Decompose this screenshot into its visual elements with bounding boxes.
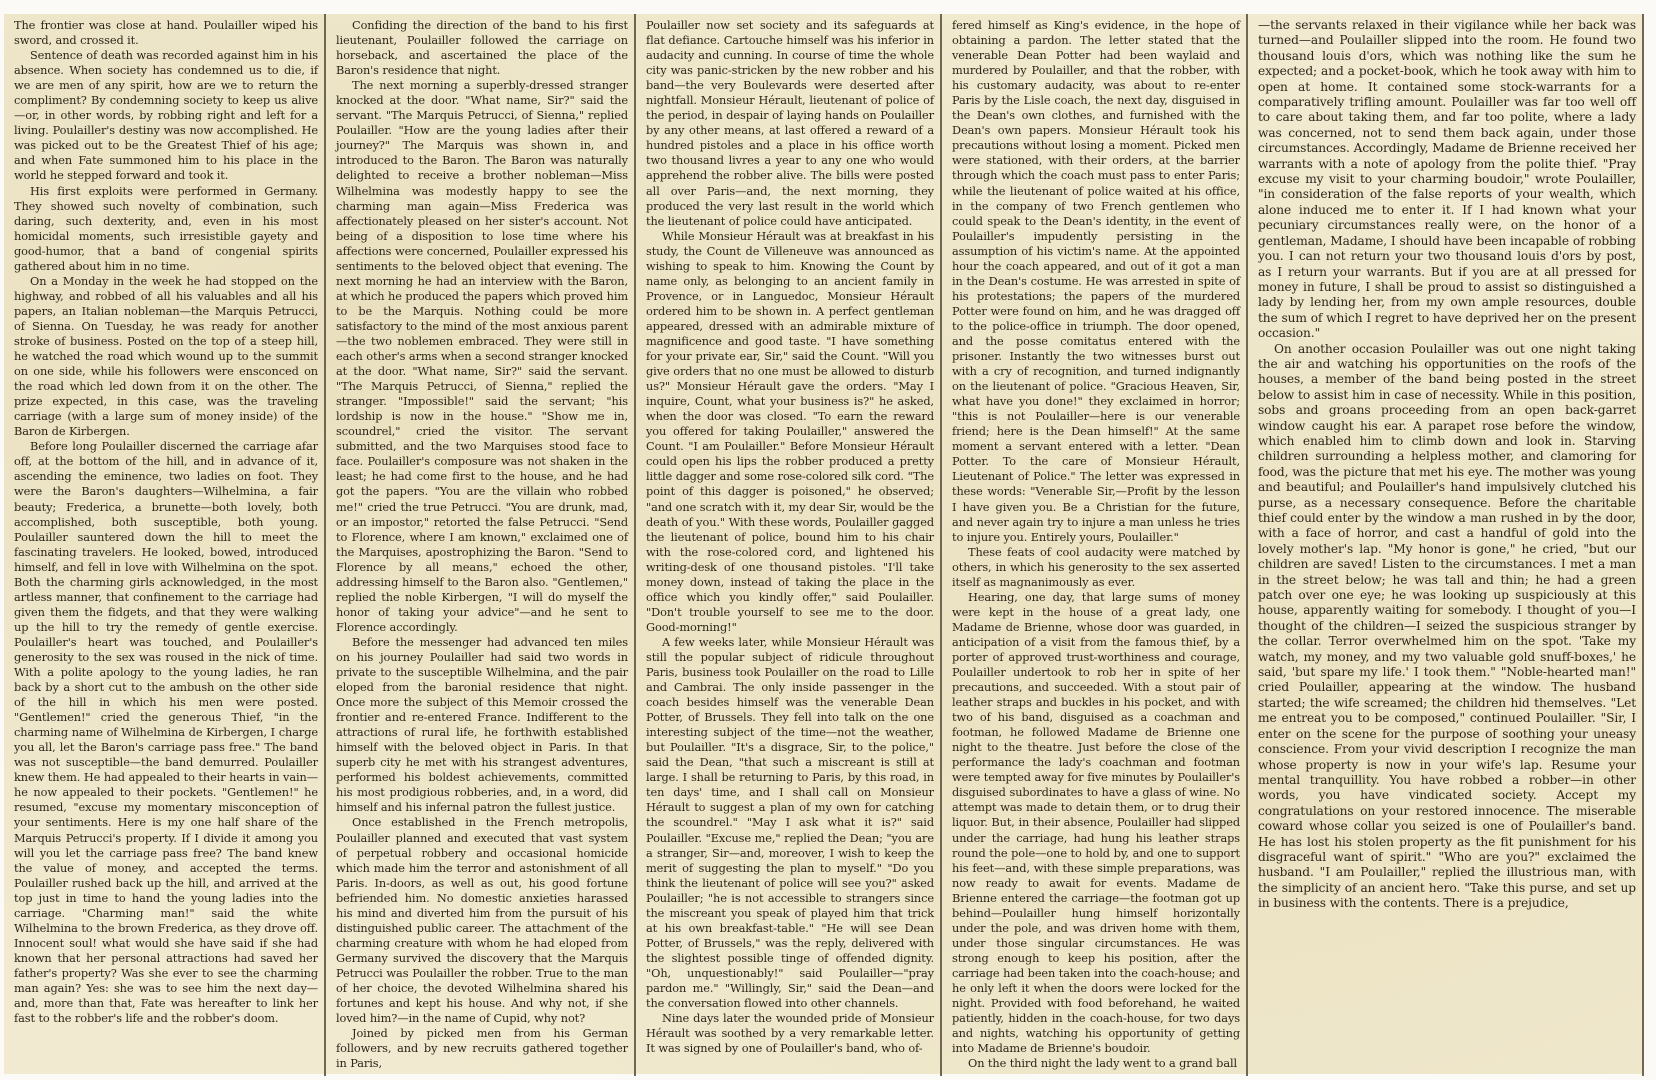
article-paragraph: A few weeks later, while Monsieur Héraul… xyxy=(646,635,934,1011)
article-paragraph: While Monsieur Hérault was at breakfast … xyxy=(646,229,934,635)
article-columns: The frontier was close at hand. Poulaill… xyxy=(4,14,1644,1074)
article-paragraph: Poulailler now set society and its safeg… xyxy=(646,18,934,229)
article-paragraph: Nine days later the wounded pride of Mon… xyxy=(646,1011,934,1056)
column-2: Confiding the direction of the band to h… xyxy=(324,14,634,1076)
article-paragraph: Sentence of death was recorded against h… xyxy=(14,48,318,183)
article-paragraph: These feats of cool audacity were matche… xyxy=(952,545,1240,590)
column-5: —the servants relaxed in their vigilance… xyxy=(1246,14,1644,1076)
column-4: fered himself as King's evidence, in the… xyxy=(940,14,1246,1076)
article-paragraph: —the servants relaxed in their vigilance… xyxy=(1258,18,1636,342)
article-paragraph: Confiding the direction of the band to h… xyxy=(336,18,628,78)
article-paragraph: On a Monday in the week he had stopped o… xyxy=(14,274,318,440)
article-paragraph: Once established in the French metropoli… xyxy=(336,815,628,1026)
article-paragraph: On another occasion Poulailler was out o… xyxy=(1258,342,1636,912)
article-paragraph: Joined by picked men from his German fol… xyxy=(336,1026,628,1071)
article-paragraph: Hearing, one day, that large sums of mon… xyxy=(952,590,1240,1056)
article-paragraph: Before long Poulailler discerned the car… xyxy=(14,439,318,1026)
article-paragraph: His first exploits were performed in Ger… xyxy=(14,184,318,274)
article-paragraph: The next morning a superbly-dressed stra… xyxy=(336,78,628,635)
article-paragraph: The frontier was close at hand. Poulaill… xyxy=(14,18,318,48)
column-3: Poulailler now set society and its safeg… xyxy=(634,14,940,1076)
article-paragraph: On the third night the lady went to a gr… xyxy=(952,1056,1240,1071)
article-paragraph: Before the messenger had advanced ten mi… xyxy=(336,635,628,816)
article-paragraph: fered himself as King's evidence, in the… xyxy=(952,18,1240,545)
column-1: The frontier was close at hand. Poulaill… xyxy=(4,14,324,1076)
newspaper-clipping: The frontier was close at hand. Poulaill… xyxy=(4,14,1644,1074)
